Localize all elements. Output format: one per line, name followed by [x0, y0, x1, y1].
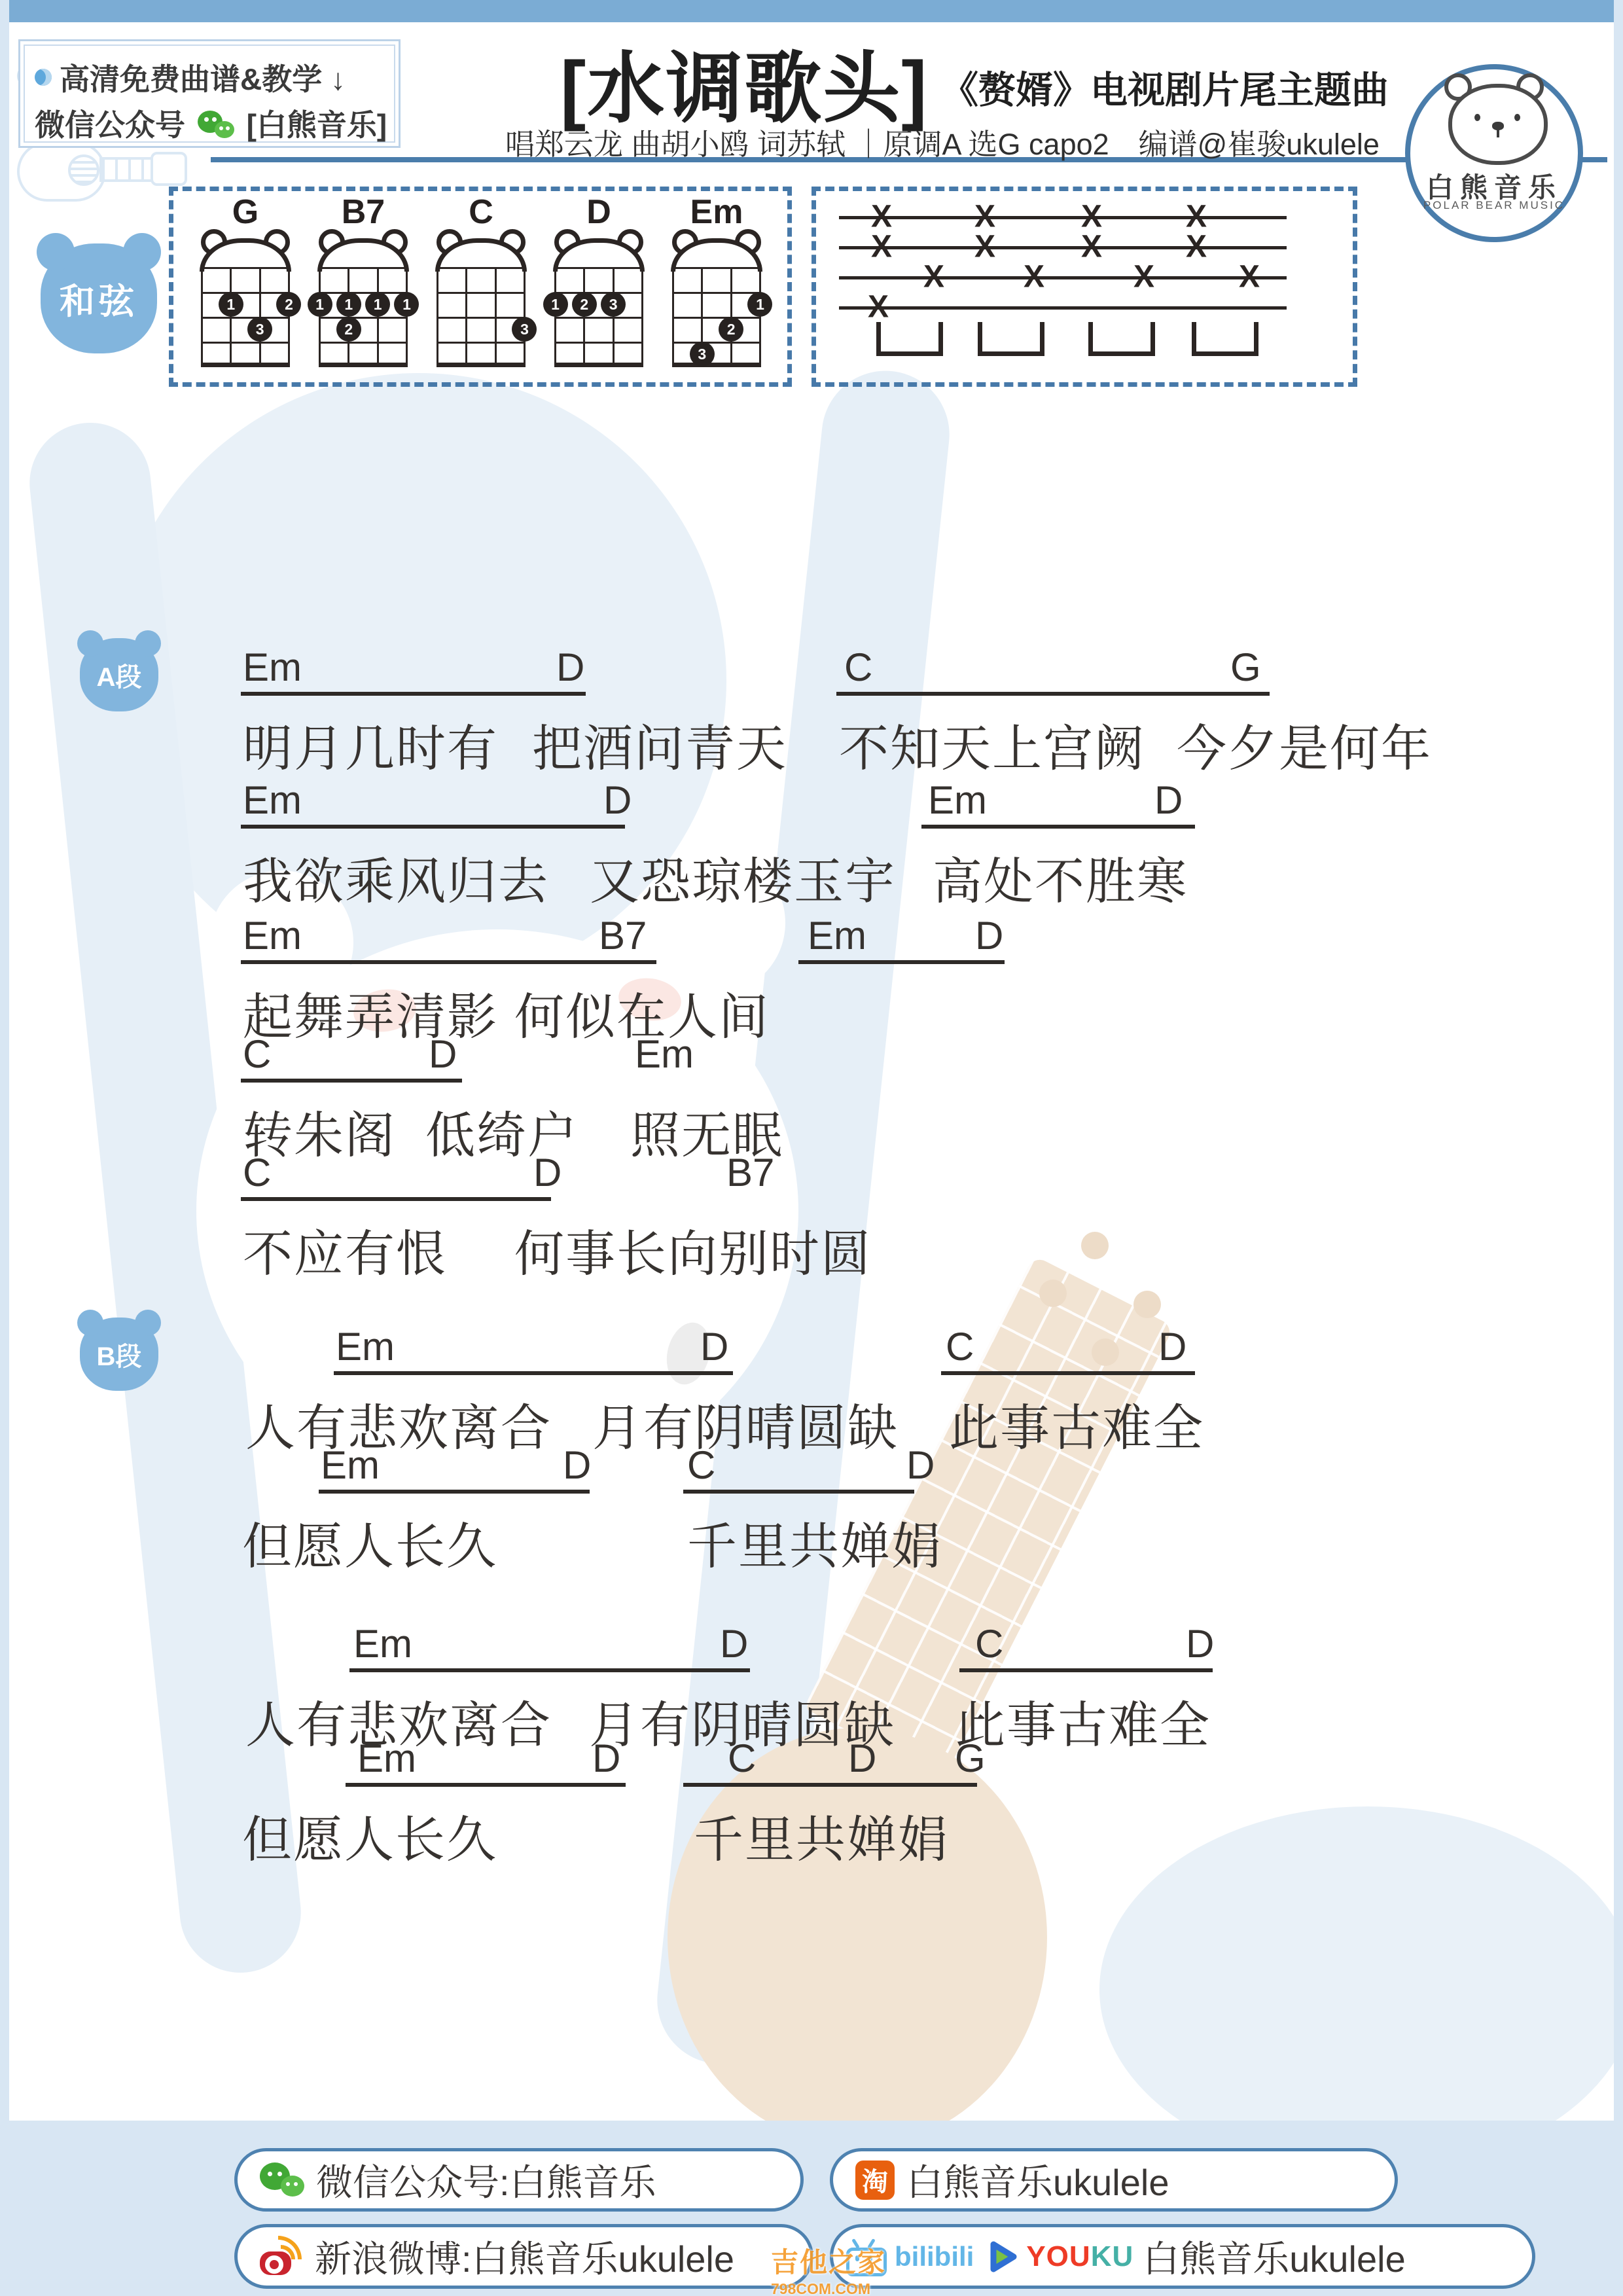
lyric-segment: 把酒问青天 [532, 709, 787, 780]
finger-dot: 2 [336, 317, 361, 342]
diagram-fret-line [554, 342, 643, 344]
diagram-fret-line [319, 317, 408, 319]
beat-beam [1088, 322, 1155, 356]
strum-string-line [839, 246, 1287, 249]
chord-diagram-Em: Em123 [671, 196, 762, 373]
strum-x-mark: X [868, 289, 889, 325]
bear-ear-icon [77, 630, 103, 656]
chord-label: C [687, 1443, 715, 1488]
chord-label: Em [357, 1736, 416, 1781]
bg-blob-bottom-right [1099, 1806, 1623, 2173]
chord-label: G [955, 1736, 986, 1781]
video-badge-label: 白熊音乐ukulele [1143, 2231, 1405, 2283]
chord-label: Em [808, 913, 866, 958]
chord-diagram-label: B7 [317, 192, 409, 232]
chord-underline [346, 1783, 626, 1787]
chord-label: D [533, 1150, 562, 1195]
video-platforms-badge: bilibili YOUKU 白熊音乐ukulele [830, 2224, 1535, 2289]
finger-dot: 3 [690, 342, 715, 367]
bg-ukulele-peg [1039, 1280, 1067, 1307]
chord-diagram-D: D123 [553, 196, 645, 373]
strum-string-line [839, 306, 1287, 310]
lyric-segment: 何事长向别时圆 [514, 1214, 872, 1285]
song-credits: 唱郑云龙 曲胡小鸥 词苏轼 ｜原调A 选G capo2 编谱@崔骏ukulele [505, 120, 1380, 163]
diagram-fret-line [437, 342, 526, 344]
diagram-fret-line [201, 267, 290, 269]
chord-label: C [243, 1031, 271, 1077]
finger-dot: 1 [365, 292, 390, 317]
chord-diagram-C: C3 [435, 196, 527, 373]
lyric-segment: 又恐琼楼玉宇 [590, 842, 896, 913]
diagram-fret-line [672, 317, 761, 319]
chord-label: C [844, 645, 872, 690]
chord-label: C [946, 1324, 974, 1369]
section-badge-B段: B段 [80, 1318, 158, 1391]
lyric-segment: 但愿人长久 [242, 1507, 497, 1578]
chord-label: D [975, 913, 1003, 958]
finger-dot: 3 [601, 292, 626, 317]
logo-name-en: POLAR BEAR MUSIC [1410, 199, 1578, 212]
diagram-string-line [437, 267, 438, 365]
watermark-line-2: 798COM.COM [771, 2280, 886, 2296]
strum-x-mark: X [871, 228, 892, 264]
bg-ukulele-body [668, 1728, 1047, 2147]
chord-diagram-B7: B711112 [317, 196, 409, 373]
chord-label: B7 [599, 913, 647, 958]
chord-label: D [720, 1621, 748, 1666]
chord-sheet-page: 高清免费曲谱&教学 ↓ 微信公众号 [白熊音乐] [水调歌头] 《赘婿》电视剧片… [0, 0, 1623, 2296]
chord-label: D [563, 1443, 591, 1488]
chord-diagram-G: G123 [200, 196, 291, 373]
promo-line-2-prefix: 微信公众号 [35, 108, 185, 142]
chord-underline [836, 692, 1270, 696]
weibo-badge: 新浪微博:白熊音乐ukulele [234, 2224, 813, 2289]
diagram-fret-line [319, 342, 408, 344]
chord-label: Em [243, 778, 302, 823]
watermark-line-1: 吉他之家 [771, 2241, 886, 2280]
promo-line-1: 高清免费曲谱&教学 ↓ [35, 56, 346, 99]
song-subtitle: 《赘婿》电视剧片尾主题曲 [941, 60, 1389, 114]
wechat-badge-label: 微信公众号:白熊音乐 [316, 2154, 656, 2206]
top-border-bar [0, 0, 1623, 22]
beat-beam [978, 322, 1044, 356]
strum-x-mark: X [1239, 259, 1260, 295]
diagram-fret-line [554, 292, 643, 294]
diagram-string-line [201, 267, 203, 365]
chord-underline [241, 692, 586, 696]
lyric-segment: 千里共婵娟 [694, 1800, 949, 1871]
diagram-fret-line [319, 292, 408, 294]
diagram-bottom-line [554, 363, 643, 367]
lyric-segment: 不知天上宫阙 [839, 709, 1145, 780]
lyric-segment: 不应有恨 [243, 1214, 447, 1285]
promo-box: 高清免费曲谱&教学 ↓ 微信公众号 [白熊音乐] [18, 39, 401, 148]
diagram-fret-line [319, 267, 408, 269]
ukulele-watermark-icon [17, 139, 174, 204]
guitar-home-watermark: 吉他之家 798COM.COM [771, 2241, 886, 2296]
chord-label: D [848, 1736, 876, 1781]
bear-face-icon [1448, 84, 1548, 165]
chords-badge-label: 和弦 [60, 274, 138, 324]
chord-label: D [592, 1736, 620, 1781]
lyric-segment: 高处不胜寒 [933, 842, 1188, 913]
chord-label: B7 [726, 1150, 774, 1195]
lyric-segment: 人有悲欢离合 [245, 1388, 552, 1460]
finger-dot: 2 [572, 292, 597, 317]
finger-dot: 1 [308, 292, 332, 317]
left-border-bar [0, 0, 9, 2296]
chord-label: C [728, 1736, 756, 1781]
chord-diagram-label: Em [671, 192, 762, 232]
strum-string-line [839, 216, 1287, 219]
chord-underline [241, 825, 625, 829]
taobao-icon: 淘 [855, 2161, 895, 2200]
youku-wordmark: YOUKU [1026, 2240, 1133, 2273]
diagram-string-line [672, 267, 674, 365]
lyric-segment: 明月几时有 [243, 709, 498, 780]
promo-line-1-text: 高清免费曲谱&教学 ↓ [60, 62, 346, 96]
diagram-string-line [465, 267, 467, 365]
beat-beam [1192, 322, 1258, 356]
chord-underline [334, 1371, 733, 1375]
bg-ukulele-peg [1092, 1338, 1119, 1366]
diagram-bottom-line [201, 363, 290, 367]
diagram-bottom-line [437, 363, 526, 367]
finger-dot: 3 [247, 317, 272, 342]
chord-label: D [1154, 778, 1183, 823]
diagram-string-line [641, 267, 643, 365]
diagram-bottom-line [319, 363, 408, 367]
chord-diagram-label: C [435, 192, 527, 232]
chord-underline [241, 960, 656, 964]
bilibili-wordmark: bilibili [895, 2241, 974, 2272]
chord-underline [683, 1490, 914, 1494]
beat-beam [876, 322, 943, 356]
chord-label: Em [928, 778, 987, 823]
chord-label: G [1230, 645, 1261, 690]
bear-ear-icon [135, 1310, 161, 1336]
chord-label: D [556, 645, 584, 690]
diagram-fret-line [554, 317, 643, 319]
strum-x-mark: X [1024, 259, 1044, 295]
weibo-icon [260, 2237, 304, 2276]
lyric-segment: 此事古难全 [949, 1388, 1204, 1460]
bg-ukulele-peg [1081, 1232, 1109, 1259]
bear-ear-icon [77, 1310, 103, 1336]
weibo-badge-label: 新浪微博:白熊音乐ukulele [315, 2231, 734, 2283]
diagram-string-line [524, 267, 526, 365]
chord-underline [319, 1490, 590, 1494]
chord-label: D [906, 1443, 935, 1488]
strum-x-mark: X [974, 228, 995, 264]
strum-x-mark: X [1081, 228, 1102, 264]
wechat-badge: 微信公众号:白熊音乐 [234, 2148, 804, 2212]
lyric-segment: 我欲乘风归去 [243, 842, 549, 913]
right-border-bar [1614, 0, 1623, 2296]
diagram-string-line [730, 267, 732, 365]
diagram-string-line [259, 267, 261, 365]
polar-bear-logo: 白熊音乐 POLAR BEAR MUSIC [1405, 64, 1583, 242]
diagram-string-line [495, 267, 497, 365]
chord-label: Em [635, 1031, 694, 1077]
youku-play-icon [983, 2238, 1020, 2275]
lyric-segment: 今夕是何年 [1177, 709, 1432, 780]
diagram-fret-line [672, 267, 761, 269]
diagram-fret-line [554, 267, 643, 269]
chord-diagram-label: D [553, 192, 645, 232]
finger-dot: 1 [219, 292, 243, 317]
diagram-bottom-line [672, 363, 761, 367]
chords-section-badge: 和弦 [41, 243, 157, 353]
promo-line-2-suffix: [白熊音乐] [247, 108, 387, 142]
diagram-fret-line [437, 292, 526, 294]
lyric-segment: 起舞弄清影 [243, 977, 498, 1049]
wechat-icon [198, 109, 234, 141]
chord-underline [683, 1783, 977, 1787]
chord-underline [959, 1668, 1213, 1672]
section-badge-label: B段 [97, 1336, 142, 1373]
taobao-badge-label: 白熊音乐ukulele [906, 2154, 1169, 2206]
dot-icon [35, 69, 52, 86]
strum-x-mark: X [923, 259, 944, 295]
diagram-fret-line [672, 342, 761, 344]
chord-label: D [603, 778, 632, 823]
section-badge-A段: A段 [80, 638, 158, 711]
lyric-segment: 千里共婵娟 [687, 1507, 942, 1578]
chord-label: Em [243, 913, 302, 958]
chord-label: D [1186, 1621, 1214, 1666]
chord-label: C [243, 1150, 271, 1195]
lyric-segment: 此事古难全 [955, 1685, 1211, 1757]
diagram-fret-line [672, 292, 761, 294]
diagram-fret-line [437, 317, 526, 319]
chord-underline [241, 1079, 462, 1083]
chord-underline [921, 825, 1195, 829]
strum-x-mark: X [1133, 259, 1154, 295]
chord-diagram-label: G [200, 192, 291, 232]
chord-label: D [1158, 1324, 1186, 1369]
strum-x-mark: X [1186, 228, 1207, 264]
chord-underline [349, 1668, 750, 1672]
finger-dot: 1 [336, 292, 361, 317]
chord-underline [798, 960, 1005, 964]
chord-label: C [975, 1621, 1003, 1666]
finger-dot: 2 [719, 317, 743, 342]
section-badge-label: A段 [97, 656, 142, 694]
diagram-fret-line [437, 267, 526, 269]
diagram-fret-line [201, 317, 290, 319]
chord-label: Em [243, 645, 302, 690]
diagram-fret-line [201, 292, 290, 294]
chord-label: D [429, 1031, 457, 1077]
chord-label: Em [353, 1621, 412, 1666]
lyric-segment: 但愿人长久 [242, 1800, 497, 1871]
chord-label: D [700, 1324, 728, 1369]
bear-ear-icon [135, 630, 161, 656]
taobao-badge: 淘 白熊音乐ukulele [830, 2148, 1398, 2212]
promo-line-2: 微信公众号 [白熊音乐] [35, 101, 387, 145]
wechat-icon [260, 2161, 306, 2199]
finger-dot: 1 [543, 292, 568, 317]
chord-label: Em [321, 1443, 380, 1488]
strum-string-line [839, 276, 1287, 279]
chord-underline [241, 1197, 551, 1201]
lyric-segment: 月有阴晴圆缺 [592, 1388, 899, 1460]
diagram-fret-line [201, 342, 290, 344]
chord-underline [941, 1371, 1195, 1375]
bg-ukulele-peg [1133, 1291, 1161, 1318]
chord-label: Em [336, 1324, 395, 1369]
